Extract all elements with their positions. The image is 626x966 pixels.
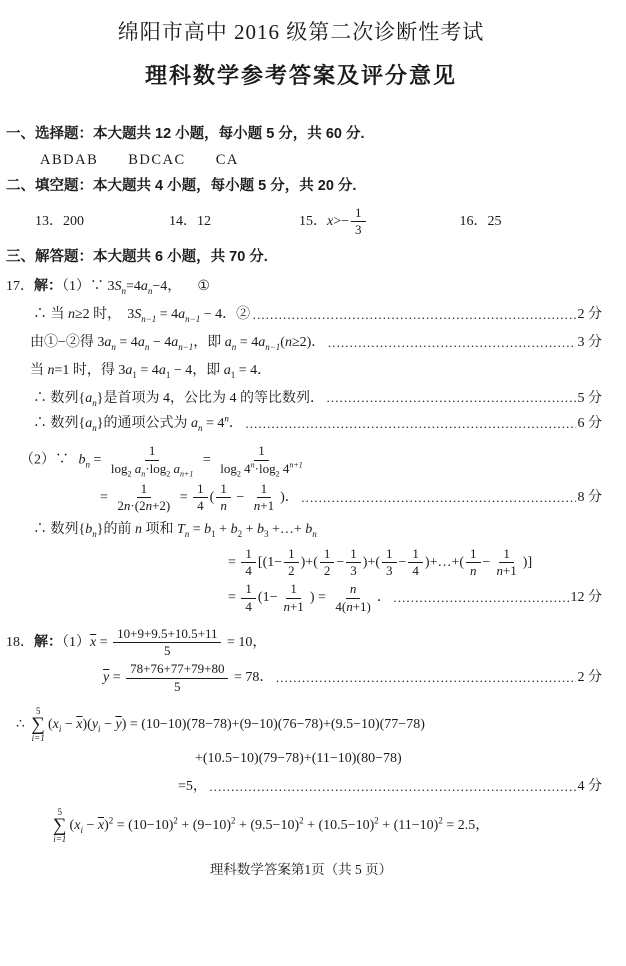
fraction-denominator: 2	[284, 563, 299, 579]
fraction: 78+76+77+79+805	[126, 661, 228, 695]
page-footer: 理科数学答案第1页（共 5 页）	[0, 858, 602, 878]
choice-answers-content: ABDABBDCACCA	[40, 150, 239, 171]
fraction-numerator: 1	[382, 546, 397, 563]
p18-line-6-content: 5∑i=1(xi − x)2 = (10−10)2 + (9−10)2 + (9…	[50, 808, 489, 844]
math-subscript: n	[312, 528, 317, 538]
math-subscript: 2	[166, 469, 170, 478]
math-variable: n	[146, 498, 153, 513]
fraction-denominator: 2	[320, 563, 335, 579]
p18-line-1-content: 18．解：（1）x = 10+9+9.5+10.5+115 = 10，	[6, 626, 266, 660]
math-variable: n	[346, 599, 353, 614]
section-1-heading-content: 一、选择题：本大题共 12 小题，每小题 5 分，共 60 分.	[6, 124, 365, 145]
math-supscript: n	[224, 413, 229, 423]
fraction-numerator: n	[346, 581, 361, 598]
fraction-denominator: n+1	[279, 599, 307, 615]
math-variable: b	[79, 453, 86, 468]
fraction-numerator: 1	[499, 546, 514, 563]
math-subscript: 1	[132, 370, 137, 380]
score-mark: 2 分	[578, 305, 603, 325]
fraction-denominator: 3	[346, 563, 361, 579]
fraction-denominator: n	[466, 563, 481, 579]
math-supscript: 2	[374, 815, 379, 825]
fraction-denominator: 3	[351, 222, 366, 238]
math-subscript: n+1	[180, 469, 193, 478]
math-subscript: n−1	[265, 342, 280, 352]
p17-line-1-content: 17．解：（1）∵ 3Sn=4an−4，①	[6, 275, 210, 297]
choice-answers: ABDABBDCACCA	[40, 150, 602, 171]
p18-line-4-content: +(10.5−10)(79−78)+(11−10)(80−78)	[195, 749, 402, 769]
fraction: 13	[351, 205, 366, 239]
section-1-heading: 一、选择题：本大题共 12 小题，每小题 5 分，共 60 分.	[6, 124, 602, 145]
fraction: 13	[346, 546, 361, 580]
math-subscript: n	[145, 342, 150, 352]
math-variable: n	[350, 581, 357, 596]
fraction-numerator: 10+9+9.5+10.5+11	[113, 626, 221, 643]
dotted-leader: ……………………………………………………………………………………………………………	[301, 489, 576, 508]
math-subscript: n	[198, 423, 203, 433]
math-variable: x	[76, 717, 82, 732]
p17-line-3-content: 由①−②得 3an = 4an − 4an−1，即 an = 4an−1(n≥2…	[30, 333, 325, 353]
score-mark: 8 分	[578, 488, 603, 508]
score-mark: 4 分	[578, 777, 603, 797]
page-title: 绵阳市高中 2016 级第二次诊断性考试	[0, 16, 602, 46]
overline-variable: y	[103, 670, 109, 685]
fraction-numerator: 1	[286, 581, 301, 598]
fraction-numerator: 1	[257, 481, 272, 498]
fraction: 1n+1	[492, 546, 520, 580]
math-supscript: 2	[109, 815, 114, 825]
fraction: 1n	[466, 546, 481, 580]
fraction-numerator: 78+76+77+79+80	[126, 661, 228, 678]
math-variable: n	[496, 563, 503, 578]
fraction-denominator: 2n·(2n+2)	[113, 498, 174, 514]
fraction-numerator: 1	[193, 481, 208, 498]
p17-line-5-content: ∴ 数列{an}是首项为 4，公比为 4 的等比数列．	[33, 389, 324, 409]
p18-line-1: 18．解：（1）x = 10+9+9.5+10.5+115 = 10，	[6, 626, 602, 660]
fraction-numerator: 1	[254, 443, 269, 460]
fraction: 14	[241, 546, 256, 580]
fraction: 12	[284, 546, 299, 580]
sigma-icon: ∑	[53, 817, 67, 835]
math-variable: n	[135, 522, 142, 537]
dotted-leader: ……………………………………………………………………………………………………………	[245, 415, 576, 434]
fraction-numerator: 1	[408, 546, 423, 563]
math-supscript: 2	[299, 815, 304, 825]
math-variable: y	[103, 670, 109, 685]
score-mark: 5 分	[578, 389, 603, 409]
fraction-numerator: 1	[216, 481, 231, 498]
math-supscript: 2	[438, 815, 443, 825]
p17-line-9-content: ∴ 数列{bn}的前 n 项和 Tn = b1 + b2 + b3 +…+ bn	[33, 520, 317, 540]
math-variable: n	[48, 363, 55, 378]
math-subscript: 2	[238, 528, 243, 538]
fraction: 1log2 an·log2 an+1	[107, 443, 197, 478]
math-subscript: n	[185, 528, 190, 538]
dotted-leader: ……………………………………………………………………………………………………………	[326, 389, 576, 408]
fraction-denominator: 4	[193, 498, 208, 514]
overline-variable: y	[115, 717, 121, 732]
math-subscript: n	[92, 423, 97, 433]
math-subscript: 3	[264, 528, 269, 538]
fraction-denominator: 4(n+1)	[331, 599, 375, 615]
math-variable: a	[225, 335, 232, 350]
fraction-numerator: 1	[466, 546, 481, 563]
math-subscript: 1	[211, 528, 216, 538]
p17-line-1: 17．解：（1）∵ 3Sn=4an−4，①	[6, 275, 602, 297]
fraction-denominator: n	[216, 498, 231, 514]
math-variable: n	[68, 307, 75, 322]
bold-label: 解：	[34, 277, 62, 293]
fraction-denominator: log2 an·log2 an+1	[107, 461, 197, 479]
fraction-numerator: 1	[351, 205, 366, 222]
p17-line-2: ∴ 当 n≥2 时，3Sn−1 = 4an−1 − 4．②………………………………	[33, 305, 602, 325]
page-subtitle: 理科数学参考答案及评分意见	[0, 59, 602, 90]
math-variable: n	[220, 498, 227, 513]
p18-line-5: =5，……………………………………………………………………………………………………	[178, 777, 602, 797]
p18-line-5-content: =5，	[178, 777, 207, 797]
fraction-numerator: 1	[145, 443, 160, 460]
math-subscript: n	[86, 460, 91, 470]
math-subscript: i	[59, 724, 62, 734]
math-variable: y	[115, 717, 121, 732]
p17-line-7-content: （2）∵ bn = 1log2 an·log2 an+1 = 1log2 4n·…	[20, 443, 309, 478]
section-2-heading-content: 二、填空题：本大题共 4 小题，每小题 5 分，共 20 分.	[6, 176, 356, 197]
math-subscript: n	[122, 285, 127, 295]
math-subscript: n	[141, 469, 145, 478]
math-variable: a	[159, 363, 166, 378]
score-mark: 6 分	[578, 414, 603, 434]
fraction: 14	[241, 581, 256, 615]
p17-line-2-content: ∴ 当 n≥2 时，3Sn−1 = 4an−1 − 4．②	[33, 305, 250, 325]
math-subscript: n	[92, 398, 97, 408]
math-subscript: n	[232, 342, 237, 352]
fraction: 1n+1	[250, 481, 278, 515]
p17-line-10-content: = 14[(1−12)+(12−13)+(13−14)+…+(1n−1n+1)]	[228, 546, 532, 580]
math-variable: n	[285, 335, 292, 350]
fraction-numerator: 1	[241, 546, 256, 563]
fraction-denominator: 3	[382, 563, 397, 579]
p17-line-6: ∴ 数列{an}的通项公式为 an = 4n．………………………………………………	[33, 414, 602, 434]
math-subscript: 2	[276, 469, 280, 478]
math-supscript: 2	[173, 815, 178, 825]
p17-line-4: 当 n=1 时，得 3a1 = 4a1 − 4，即 a1 = 4．	[30, 361, 602, 381]
math-variable: n	[124, 498, 131, 513]
math-subscript: i	[98, 724, 101, 734]
summation-sign: 5∑i=1	[31, 707, 45, 743]
p18-line-2-content: y = 78+76+77+79+805 = 78．	[103, 661, 273, 695]
math-variable: a	[141, 279, 148, 294]
math-variable: n	[283, 599, 290, 614]
p17-line-4-content: 当 n=1 时，得 3a1 = 4a1 − 4，即 a1 = 4．	[30, 361, 271, 381]
bold-label: 解：	[34, 633, 62, 649]
dotted-leader: ……………………………………………………………………………………………………………	[252, 306, 575, 325]
overline-variable: x	[90, 635, 96, 650]
p17-line-8: = 12n·(2n+2) = 14(1n − 1n+1)．………………………………	[100, 481, 602, 515]
summation-sign: 5∑i=1	[53, 808, 67, 844]
fill-in-answers: 13．20014．1215．x>−1316．25	[35, 205, 602, 239]
sum-lower-limit: i=1	[53, 835, 66, 844]
p17-line-6-content: ∴ 数列{an}的通项公式为 an = 4n．	[33, 414, 243, 434]
math-variable: x	[327, 214, 333, 229]
sigma-icon: ∑	[31, 716, 45, 734]
math-variable: x	[98, 818, 104, 833]
fraction: 13	[382, 546, 397, 580]
dotted-leader: ……………………………………………………………………………………………………………	[327, 334, 575, 353]
math-supscript: 2	[231, 815, 236, 825]
fraction: 14	[408, 546, 423, 580]
math-subscript: i	[80, 825, 83, 835]
math-subscript: n	[92, 528, 97, 538]
fraction: n4(n+1)	[331, 581, 375, 615]
p17-line-9: ∴ 数列{bn}的前 n 项和 Tn = b1 + b2 + b3 +…+ bn	[33, 520, 602, 540]
math-variable: a	[191, 416, 198, 431]
fraction-denominator: 5	[160, 643, 175, 659]
fraction-numerator: 1	[320, 546, 335, 563]
p17-line-8-content: = 12n·(2n+2) = 14(1n − 1n+1)．	[100, 481, 299, 515]
math-subscript: 1	[166, 370, 171, 380]
overline-variable: x	[76, 717, 82, 732]
math-variable: a	[224, 363, 231, 378]
fraction-numerator: 1	[241, 581, 256, 598]
math-subscript: 2	[237, 469, 241, 478]
fraction-denominator: log2 4n·log2 4n+1	[216, 461, 306, 479]
p17-line-7: （2）∵ bn = 1log2 an·log2 an+1 = 1log2 4n·…	[20, 443, 602, 478]
fraction: 12	[320, 546, 335, 580]
math-subscript: n	[111, 342, 116, 352]
document-body: 一、选择题：本大题共 12 小题，每小题 5 分，共 60 分.ABDABBDC…	[0, 124, 602, 844]
fraction-numerator: 1	[137, 481, 152, 498]
math-variable: b	[231, 522, 238, 537]
fraction: 1log2 4n·log2 4n+1	[216, 443, 306, 478]
math-variable: b	[257, 522, 264, 537]
fraction-denominator: 4	[241, 563, 256, 579]
math-subscript: n−1	[185, 314, 200, 324]
p17-line-5: ∴ 数列{an}是首项为 4，公比为 4 的等比数列．……………………………………	[33, 389, 602, 409]
p18-line-2: y = 78+76+77+79+805 = 78．…………………………………………	[103, 661, 602, 695]
math-supscript: n	[251, 460, 255, 469]
math-variable: n	[470, 563, 477, 578]
math-subscript: n	[148, 285, 153, 295]
p18-line-3: ∴ 5∑i=1(xi − x)(yi − y) = (10−10)(78−78)…	[16, 707, 602, 743]
p18-line-3-content: ∴ 5∑i=1(xi − x)(yi − y) = (10−10)(78−78)…	[16, 707, 425, 743]
math-subscript: 2	[128, 469, 132, 478]
document-header: 绵阳市高中 2016 级第二次诊断性考试 理科数学参考答案及评分意见	[0, 16, 602, 90]
math-variable: T	[177, 522, 185, 537]
math-subscript: 1	[231, 370, 236, 380]
section-2-heading: 二、填空题：本大题共 4 小题，每小题 5 分，共 20 分.	[6, 176, 602, 197]
p18-line-6: 5∑i=1(xi − x)2 = (10−10)2 + (9−10)2 + (9…	[50, 808, 602, 844]
p17-line-3: 由①−②得 3an = 4an − 4an−1，即 an = 4an−1(n≥2…	[30, 333, 602, 353]
fraction-numerator: 1	[346, 546, 361, 563]
dotted-leader: ……………………………………………………………………………………………………………	[393, 589, 569, 608]
p17-line-11-content: = 14(1−1n+1) = n4(n+1)．	[228, 581, 391, 615]
math-variable: a	[138, 335, 145, 350]
fill-in-answers-content: 13．20014．1215．x>−1316．25	[35, 205, 502, 239]
p17-line-11: = 14(1−1n+1) = n4(n+1)．………………………………………………	[228, 581, 602, 615]
fraction: 14	[193, 481, 208, 515]
fraction-denominator: 4	[241, 599, 256, 615]
math-supscript: n+1	[289, 460, 302, 469]
p18-line-4: +(10.5−10)(79−78)+(11−10)(80−78)	[195, 749, 602, 769]
overline-variable: x	[98, 818, 104, 833]
math-subscript: n−1	[141, 314, 156, 324]
math-subscript: n−1	[178, 342, 193, 352]
document-page: 绵阳市高中 2016 级第二次诊断性考试 理科数学参考答案及评分意见 一、选择题…	[0, 0, 626, 966]
section-3-heading-content: 三、解答题：本大题共 6 小题，共 70 分.	[6, 247, 268, 268]
score-mark: 2 分	[578, 668, 603, 688]
section-3-heading: 三、解答题：本大题共 6 小题，共 70 分.	[6, 247, 602, 268]
math-variable: n	[254, 498, 261, 513]
score-mark: 12 分	[571, 588, 603, 608]
fraction-denominator: 4	[408, 563, 423, 579]
fraction: 10+9+9.5+10.5+115	[113, 626, 221, 660]
score-mark: 3 分	[578, 333, 603, 353]
fraction: 12n·(2n+2)	[113, 481, 174, 515]
fraction-denominator: n+1	[492, 563, 520, 579]
dotted-leader: ……………………………………………………………………………………………………………	[209, 778, 576, 797]
fraction-denominator: n+1	[250, 498, 278, 514]
sum-lower-limit: i=1	[32, 734, 45, 743]
fraction-numerator: 1	[284, 546, 299, 563]
p17-line-10: = 14[(1−12)+(12−13)+(13−14)+…+(1n−1n+1)]	[228, 546, 602, 580]
fraction-denominator: 5	[170, 679, 185, 695]
fraction: 1n+1	[279, 581, 307, 615]
fraction: 1n	[216, 481, 231, 515]
dotted-leader: ……………………………………………………………………………………………………………	[275, 669, 575, 688]
math-variable: x	[90, 635, 96, 650]
math-variable: S	[115, 279, 122, 294]
